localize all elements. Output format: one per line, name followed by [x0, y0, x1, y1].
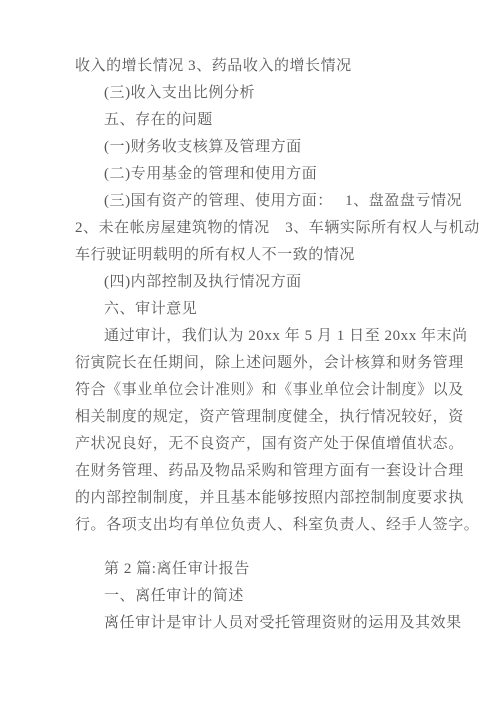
text-line: 收入的增长情况 3、药品收入的增长情况 [75, 53, 435, 80]
text-line: (四)内部控制及执行情况方面 [75, 269, 435, 296]
text-line: 车行驶证明载明的所有权人不一致的情况 [75, 242, 435, 269]
text-line: 行。各项支出均有单位负责人、科室负责人、经手人签字。 [75, 512, 435, 539]
text-line: 第 2 篇:离任审计报告 [75, 556, 435, 583]
text-line: 产状况良好，无不良资产，国有资产处于保值增值状态。 [75, 431, 435, 458]
document-page: 收入的增长情况 3、药品收入的增长情况(三)收入支出比例分析五、存在的问题(一)… [0, 0, 500, 708]
document-text-block: 收入的增长情况 3、药品收入的增长情况(三)收入支出比例分析五、存在的问题(一)… [75, 53, 435, 637]
text-line: 六、审计意见 [75, 296, 435, 323]
text-line: 五、存在的问题 [75, 107, 435, 134]
text-line: (三)收入支出比例分析 [75, 80, 435, 107]
text-line: 通过审计，我们认为 20xx 年 5 月 1 日至 20xx 年末尚 [75, 323, 435, 350]
text-line: 的内部控制制度，并且基本能够按照内部控制制度要求执 [75, 485, 435, 512]
screenshot-root: { "document": { "background_color": "#ff… [0, 0, 500, 708]
text-line: 相关制度的规定，资产管理制度健全，执行情况较好，资 [75, 404, 435, 431]
text-line: (三)国有资产的管理、使用方面： 1、盘盈盘亏情况 [75, 188, 435, 215]
text-line: 离任审计是审计人员对受托管理资财的运用及其效果 [75, 610, 435, 637]
text-line: 一、离任审计的简述 [75, 583, 435, 610]
text-line: (二)专用基金的管理和使用方面 [75, 161, 435, 188]
text-line: 衍寅院长在任期间，除上述问题外，会计核算和财务管理 [75, 350, 435, 377]
text-line: (一)财务收支核算及管理方面 [75, 134, 435, 161]
text-line: 2、未在帐房屋建筑物的情况 3、车辆实际所有权人与机动 [75, 215, 435, 242]
text-line: 符合《事业单位会计准则》和《事业单位会计制度》以及 [75, 377, 435, 404]
text-line: 在财务管理、药品及物品采购和管理方面有一套设计合理 [75, 458, 435, 485]
